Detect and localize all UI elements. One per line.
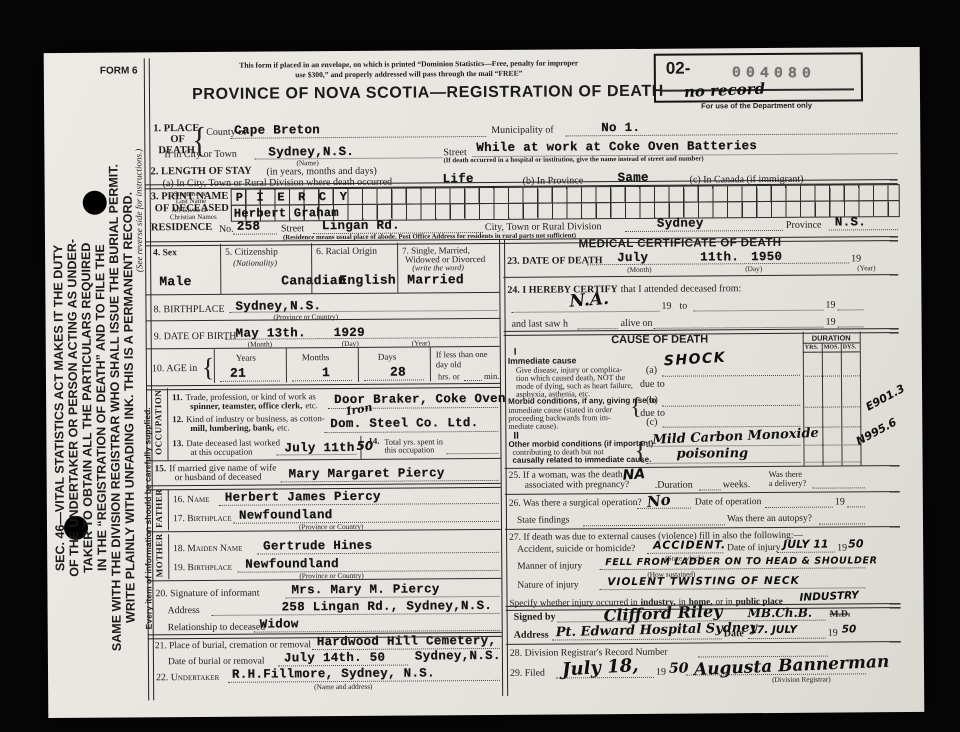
reverse-side-note: (See reverse side for instructions.)	[133, 145, 144, 275]
age-label: 10. AGE in	[152, 363, 197, 374]
stamp-handwritten-note: no record	[684, 80, 766, 101]
dotted-line	[777, 551, 835, 553]
lastworked-label2: at this occupation	[190, 447, 252, 457]
dotted-line	[637, 507, 691, 509]
immediate-cause-label: Immediate cause	[508, 355, 577, 365]
injury-year-value: 50	[848, 537, 863, 550]
dotted-line	[837, 308, 863, 310]
certify-value: N.A.	[569, 289, 610, 312]
place-label: OF	[170, 134, 185, 145]
mother-birthplace-label: 19. Birthplace	[173, 563, 232, 573]
givenname-caption: Christian Names	[170, 213, 217, 221]
duration-header: DURATION	[803, 333, 860, 342]
age-days-value: 28	[390, 365, 406, 380]
duration-yrs-label: YRS.	[805, 345, 819, 351]
lastworked-num: 13.	[172, 438, 183, 448]
cell-divider	[286, 348, 287, 382]
residence-street-label: Street	[281, 223, 304, 234]
filed-label: 29. Filed	[510, 668, 545, 679]
cell-divider	[311, 243, 312, 293]
cell-divider	[220, 244, 221, 294]
burial-date-label: Date of burial or removal	[168, 657, 265, 668]
medical-header: MEDICAL CERTIFICATE OF DEATH	[505, 236, 855, 250]
dotted-line	[220, 379, 280, 381]
age-days-label: Days	[378, 352, 397, 362]
stay-label: 2. LENGTH OF STAY	[150, 166, 251, 178]
hospital-caption: (If death occurred in a hospital or inst…	[443, 155, 703, 164]
dotted-line	[662, 404, 800, 407]
dotted-line	[838, 325, 864, 327]
row-rule	[505, 526, 900, 530]
dotted-line	[578, 327, 618, 329]
stay-label-plain: (in years, months and days)	[266, 166, 376, 178]
dotted-line	[829, 228, 898, 230]
operation-19: 19	[835, 496, 845, 507]
row-rule	[505, 491, 900, 495]
duration-mos-label: MOS.	[824, 345, 839, 351]
dod-day-caption: (Day)	[745, 264, 762, 273]
residence-division-label: City, Town or Rural Division	[485, 221, 602, 233]
undertaker-caption: (Name and address)	[314, 682, 372, 691]
dotted-line	[364, 378, 424, 380]
registrar-caption: (Division Registrar)	[772, 675, 831, 684]
filed-19: 19	[656, 667, 666, 678]
pregnancy-value: NA	[622, 466, 646, 484]
dotted-line	[230, 135, 486, 139]
specify-value: INDUSTRY	[799, 589, 859, 603]
age-months-label: Months	[302, 352, 330, 362]
racial-origin-label: 6. Racial Origin	[316, 247, 377, 257]
industry-label-etc: etc.	[277, 422, 290, 432]
duration-dys-label: DYS.	[843, 344, 857, 350]
row-rule	[145, 292, 499, 295]
certify-label-row: 24. I HEREBY CERTIFY that I attended dec…	[507, 283, 741, 296]
lastsaw-19: 19	[826, 317, 836, 328]
dotted-line	[324, 430, 498, 433]
municipality-label: Municipality of	[491, 125, 554, 136]
dotted-line	[292, 379, 352, 381]
duration-row-line	[803, 405, 860, 407]
physician-address-label: Address	[514, 630, 549, 641]
industry-label-row2: mill, lumbering, bank, etc.	[190, 422, 289, 433]
trade-label-etc: etc.	[305, 400, 318, 410]
spouse-num: 15.	[155, 464, 167, 474]
dotted-line	[699, 488, 721, 490]
dotted-line	[212, 612, 500, 616]
stamp-prefix: 02-	[666, 59, 691, 79]
informant-relationship-label: Relationship to deceased	[168, 622, 265, 634]
residence-province-label: Province	[786, 220, 822, 231]
father-group-label: FATHER	[154, 486, 164, 530]
brace	[634, 436, 647, 466]
dotted-line	[819, 522, 865, 524]
injury-19: 19	[837, 542, 847, 553]
dotted-line	[693, 309, 823, 312]
mother-name-label: 18. Maiden Name	[173, 544, 242, 554]
pregnancy-label2: associated with pregnancy?	[525, 480, 630, 491]
sex-label: 4. Sex	[153, 248, 177, 258]
residence-no-label: No.	[219, 224, 234, 235]
dotted-line	[847, 505, 865, 507]
row-rule	[147, 458, 501, 461]
undertaker-label: 22. Undertaker	[156, 672, 219, 683]
injury-date-label: Date of injury	[727, 543, 780, 553]
dod-month-caption: (Month)	[627, 265, 651, 274]
dotted-line	[647, 461, 801, 464]
certify-19a: 19	[661, 301, 671, 312]
industry-value: Dom. Steel Co. Ltd.	[330, 416, 478, 431]
marital-sub-label: (write the word)	[412, 263, 464, 272]
surname-value: P I E R C Y	[236, 190, 351, 205]
dotted-line	[281, 479, 499, 483]
pregnancy-duration-label: .Duration	[655, 480, 693, 491]
trade-label-bold: spinner, teamster, office clerk,	[190, 400, 302, 411]
dotted-line	[625, 229, 783, 232]
dotted-line	[765, 506, 833, 508]
burial-place-value2: Sydney,N.S.	[415, 649, 501, 664]
dotted-line	[285, 595, 499, 598]
father-birthplace-label: 17. Birthplace	[173, 514, 232, 524]
duration-row-line	[804, 460, 861, 462]
morbid-text: mediate cause).	[508, 421, 558, 430]
industry-num: 12.	[172, 414, 183, 424]
dotted-line	[512, 310, 660, 313]
totalyrs-label2: this occupation	[384, 445, 434, 454]
due-to-label: due to	[640, 379, 665, 390]
dotted-line	[748, 637, 826, 640]
dotted-line	[556, 676, 654, 679]
duration-rule	[803, 351, 860, 352]
father-name-label: 16. Name	[173, 495, 210, 505]
row-rule	[147, 578, 501, 581]
citizenship-value: Canadian	[281, 273, 346, 288]
residence-label: RESIDENCE	[151, 222, 212, 233]
totalyrs-num: 14.	[368, 436, 379, 446]
signed-19: 19	[828, 628, 838, 639]
accident-value: ACCIDENT.	[653, 538, 726, 552]
dotted-line	[552, 637, 722, 640]
cell-divider	[397, 243, 398, 293]
accident-label: Accident, suicide or homicide?	[517, 544, 635, 555]
signed-date-value: 17. JULY	[750, 624, 797, 636]
racial-origin-value: English	[339, 273, 396, 288]
dotted-line	[254, 156, 442, 159]
duration-row-line	[803, 443, 860, 445]
age-months-value: 1	[322, 365, 330, 380]
row-rule	[506, 641, 901, 645]
dod-year-caption: (Year)	[857, 263, 875, 272]
informant-address-label: Address	[168, 605, 200, 616]
findings-label: State findings	[517, 515, 570, 525]
trade-label-row2: spinner, teamster, office clerk, etc.	[190, 400, 318, 411]
statute-notice: SEC. 46—VITAL STATISTICS ACT MAKES IT TH…	[50, 107, 140, 708]
cell-divider	[430, 347, 431, 381]
dob-label: 9. DATE OF BIRTH	[154, 331, 237, 343]
age-years-value: 21	[230, 366, 246, 381]
spouse-label2: or husband of deceased	[175, 473, 262, 484]
injury-date-value: JULY 11	[783, 538, 829, 551]
delivery-label2: a delivery?	[769, 478, 807, 488]
duration-col-divider	[841, 343, 843, 466]
surname-caption: Last Name	[176, 197, 207, 205]
occupation-group-label: OCCUPATION	[153, 387, 163, 457]
dotted-line	[813, 486, 865, 488]
operation-label: 26. Was there a surgical operation?	[509, 498, 642, 509]
cause-a-label: (a)	[646, 365, 657, 376]
cell-divider	[214, 349, 215, 383]
certify-19b: 19	[825, 300, 835, 311]
autopsy-label: Was there an autopsy?	[727, 514, 812, 525]
age-years-label: Years	[236, 353, 256, 363]
scanned-death-certificate: SEC. 46—VITAL STATISTICS ACT MAKES IT TH…	[0, 0, 960, 732]
informant-label: 20. Signature of informant	[155, 588, 259, 600]
other-morbid-text: causally related to immediate cause.	[513, 455, 652, 465]
pregnancy-weeks-label: weeks.	[723, 479, 751, 490]
duration-row-line	[803, 374, 860, 376]
duration-col-divider	[822, 343, 824, 466]
marital-value: Married	[407, 272, 464, 287]
cause-a-value: SHOCK	[663, 350, 726, 370]
lastsaw-label: and last saw h	[512, 318, 568, 329]
dotted-line	[583, 523, 725, 526]
citizenship-label: 5. Citizenship	[225, 247, 278, 257]
cause-c-label: (c)	[646, 417, 657, 428]
brace	[202, 353, 215, 383]
cell-divider	[358, 348, 359, 382]
operation-date-label: Date of operation	[695, 497, 762, 507]
age-less-label: If less than one day old	[436, 350, 498, 370]
row-rule	[147, 529, 501, 532]
birthplace-label: 8. BIRTHPLACE	[153, 304, 224, 315]
other-morbid-value2: poisoning	[676, 446, 748, 461]
certify-plain: that I attended deceased from:	[621, 283, 742, 295]
manner-label: Manner of injury	[517, 561, 582, 571]
md-struck-label: M.D.	[830, 609, 851, 619]
margin-code: E901.3	[864, 382, 907, 414]
group-divider	[167, 388, 169, 460]
sex-value: Male	[159, 274, 192, 289]
department-stamp-box: 02- 004080 no record	[654, 52, 863, 102]
dotted-line	[662, 374, 800, 377]
cause-b-label: (b)	[646, 395, 658, 406]
trade-num: 11.	[172, 392, 183, 402]
row-rule	[503, 274, 898, 278]
nature-label: Nature of injury	[517, 580, 578, 590]
age-hrs-label: hrs. or	[438, 371, 460, 381]
industry-label-bold: mill, lumbering, bank,	[190, 422, 274, 433]
city-label: If in City or Town	[164, 149, 237, 161]
dotted-line	[446, 452, 498, 454]
group-divider	[168, 534, 169, 579]
certify-to: to	[679, 301, 687, 312]
dotted-line	[237, 569, 499, 573]
dotted-line	[233, 232, 277, 234]
burial-place-label: 21. Place of burial, cremation or remova…	[155, 640, 311, 651]
certificate-paper: SEC. 46—VITAL STATISTICS ACT MAKES IT TH…	[44, 47, 925, 718]
cause-header: CAUSE OF DEATH	[516, 333, 804, 347]
citizenship-sub-label: (Nationality)	[233, 257, 277, 267]
page-title: PROVINCE OF NOVA SCOTIA—REGISTRATION OF …	[148, 82, 708, 104]
dotted-line	[257, 551, 499, 555]
age-min-label: min.	[484, 371, 499, 381]
stamp-caption: For use of the Department only	[654, 100, 859, 110]
form-number: FORM 6	[100, 65, 138, 76]
envelope-notice-line2: use $300,” and properly addressed will p…	[194, 68, 624, 80]
row-rule	[505, 465, 900, 469]
mother-group-label: MOTHER	[154, 532, 164, 578]
section-divider	[146, 383, 500, 390]
group-divider	[168, 489, 169, 530]
signed-date-label: Date	[724, 628, 744, 639]
dotted-line	[464, 379, 482, 381]
dotted-line	[276, 453, 356, 456]
alive-label: alive on	[621, 318, 653, 329]
signed-year-value: 50	[842, 623, 857, 635]
signed-label: Signed by	[514, 612, 556, 623]
